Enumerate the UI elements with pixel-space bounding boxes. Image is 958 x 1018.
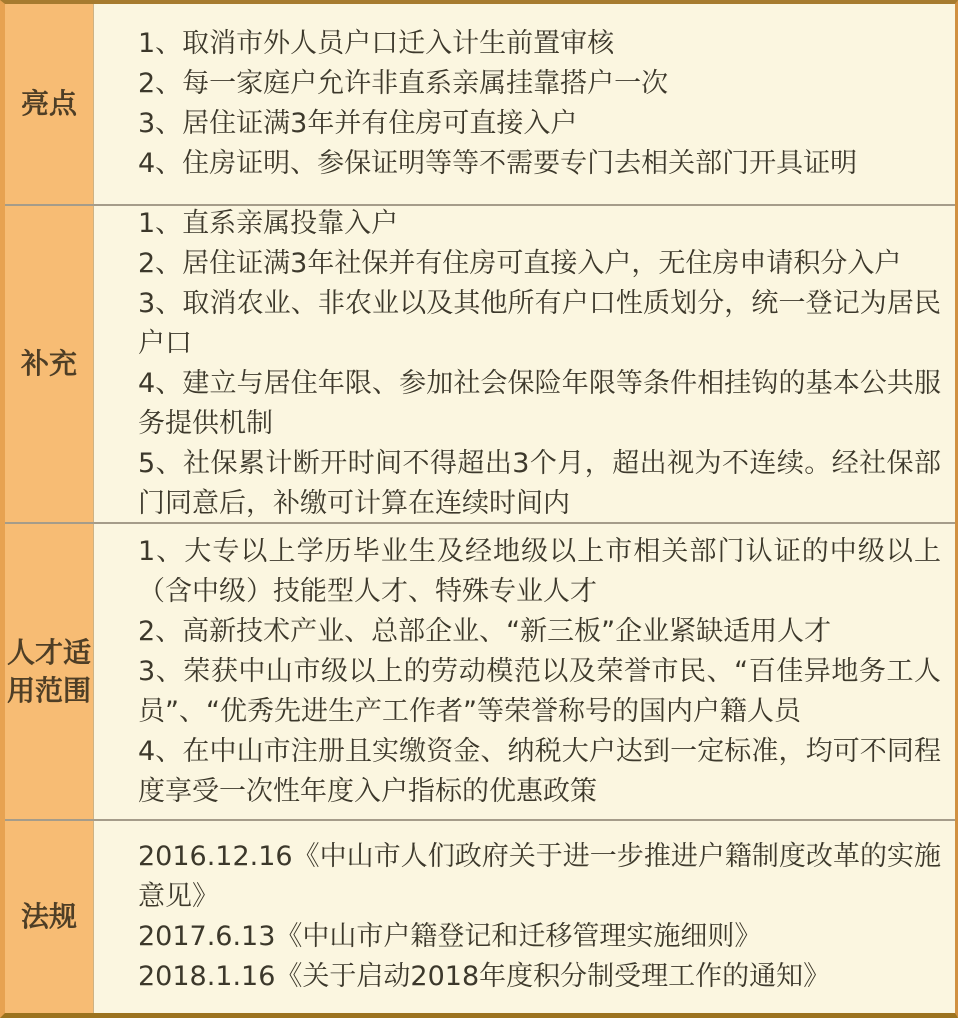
row-label-cell-supplement: 补充 [5,206,94,522]
table-row-supplement: 补充 1、直系亲属投靠入户 2、居住证满3年社保并有住房可直接入户，无住房申请积… [5,206,955,524]
table-row-talent-scope: 人才适用范围 1、大专以上学历毕业生及经地级以上市相关部门认证的中级以上（含中级… [5,524,955,821]
row-label-cell-talent-scope: 人才适用范围 [5,524,94,819]
list-item: 4、住房证明、参保证明等等不需要专门去相关部门开具证明 [138,144,941,184]
list-item: 3、居住证满3年并有住房可直接入户 [138,104,941,144]
list-item: 5、社保累计断开时间不得超出3个月，超出视为不连续。经社保部门同意后，补缴可计算… [138,444,941,524]
row-label-cell-highlights: 亮点 [5,4,94,204]
row-content-supplement: 1、直系亲属投靠入户 2、居住证满3年社保并有住房可直接入户，无住房申请积分入户… [94,206,955,522]
row-content-regulations: 2016.12.16《中山市人们政府关于进一步推进户籍制度改革的实施意见》 20… [94,821,955,1013]
list-item: 1、取消市外人员户口迁入计生前置审核 [138,24,941,64]
list-item: 2、每一家庭户允许非直系亲属挂靠搭户一次 [138,64,941,104]
list-item: 3、取消农业、非农业以及其他所有户口性质划分，统一登记为居民户口 [138,284,941,364]
list-item: 1、大专以上学历毕业生及经地级以上市相关部门认证的中级以上（含中级）技能型人才、… [138,532,941,612]
table-row-regulations: 法规 2016.12.16《中山市人们政府关于进一步推进户籍制度改革的实施意见》… [5,821,955,1013]
list-item: 4、在中山市注册且实缴资金、纳税大户达到一定标准，均可不同程度享受一次性年度入户… [138,732,941,812]
household-policy-table: 亮点 1、取消市外人员户口迁入计生前置审核 2、每一家庭户允许非直系亲属挂靠搭户… [0,0,958,1018]
list-item: 3、荣获中山市级以上的劳动模范以及荣誉市民、“百佳异地务工人员”、“优秀先进生产… [138,652,941,732]
row-label-supplement: 补充 [19,345,79,383]
row-label-talent-scope: 人才适用范围 [5,634,93,710]
list-item: 2、居住证满3年社保并有住房可直接入户，无住房申请积分入户 [138,244,941,284]
list-item: 4、建立与居住年限、参加社会保险年限等条件相挂钩的基本公共服务提供机制 [138,364,941,444]
row-content-highlights: 1、取消市外人员户口迁入计生前置审核 2、每一家庭户允许非直系亲属挂靠搭户一次 … [94,4,955,204]
list-item: 2018.1.16《关于启动2018年度积分制受理工作的通知》 [138,957,941,997]
list-item: 1、直系亲属投靠入户 [138,206,941,244]
table-row-highlights: 亮点 1、取消市外人员户口迁入计生前置审核 2、每一家庭户允许非直系亲属挂靠搭户… [5,4,955,206]
list-item: 2、高新技术产业、总部企业、“新三板”企业紧缺适用人才 [138,612,941,652]
row-label-cell-regulations: 法规 [5,821,94,1013]
list-item: 2016.12.16《中山市人们政府关于进一步推进户籍制度改革的实施意见》 [138,837,941,917]
list-item: 2017.6.13《中山市户籍登记和迁移管理实施细则》 [138,917,941,957]
row-label-highlights: 亮点 [19,85,79,123]
row-content-talent-scope: 1、大专以上学历毕业生及经地级以上市相关部门认证的中级以上（含中级）技能型人才、… [94,524,955,819]
row-label-regulations: 法规 [19,898,79,936]
